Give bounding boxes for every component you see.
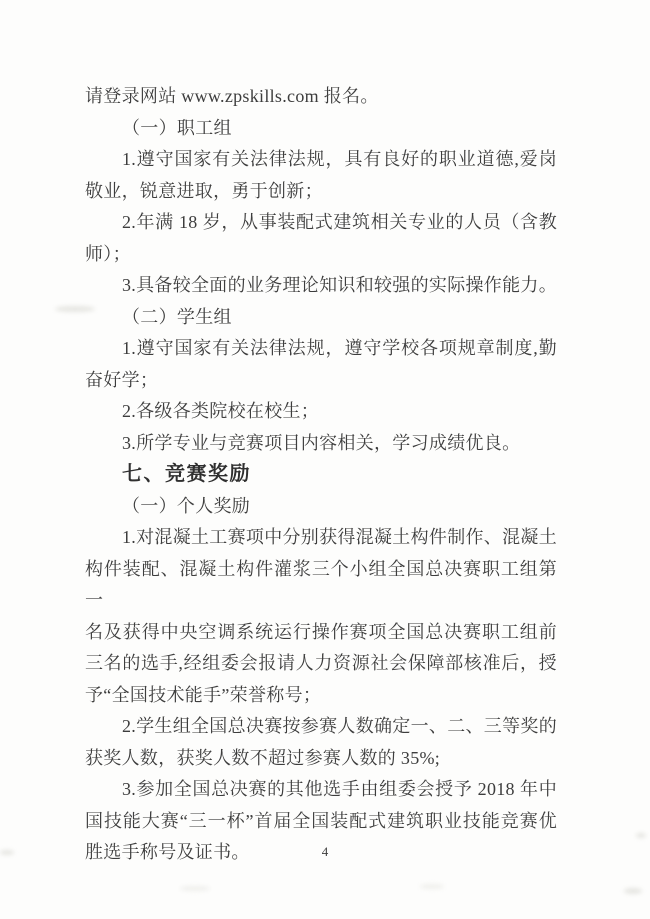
text-line: 2.年满 18 岁，从事装配式建筑相关专业的人员（含教 [85,207,557,239]
text-line: 三名的选手,经组委会报请人力资源社会保障部核准后，授 [85,648,557,680]
text-line: 名及获得中央空调系统运行操作赛项全国总决赛职工组前 [85,617,557,649]
text-line: （一）个人奖励 [85,491,557,523]
text-line: 3.具备较全面的业务理论知识和较强的实际操作能力。 [85,270,557,302]
text-line: 国技能大赛“三一杯”首届全国装配式建筑职业技能竞赛优 [85,806,557,838]
text-line: （一）职工组 [85,113,557,145]
scan-artifact [55,306,95,312]
text-line: 2.各级各类院校在校生； [85,396,557,428]
text-line: 获奖人数，获奖人数不超过参赛人数的 35%; [85,743,557,775]
page-number: 4 [0,844,650,860]
scanned-document-page: 请登录网站 www.zpskills.com 报名。（一）职工组1.遵守国家有关… [0,0,650,919]
text-line: 1.遵守国家有关法律法规，具有良好的职业道德,爱岗 [85,144,557,176]
document-body: 请登录网站 www.zpskills.com 报名。（一）职工组1.遵守国家有关… [85,81,557,869]
scan-artifact [624,888,642,894]
text-line: 师）； [85,239,557,271]
text-line: 奋好学； [85,365,557,397]
text-line: 请登录网站 www.zpskills.com 报名。 [85,81,557,113]
scan-artifact [0,850,14,855]
text-line: 3.参加全国总决赛的其他选手由组委会授予 2018 年中 [85,774,557,806]
scan-artifact [420,884,444,889]
text-line: 敬业，锐意进取，勇于创新； [85,176,557,208]
text-line: 2.学生组全国总决赛按参赛人数确定一、二、三等奖的 [85,711,557,743]
section-heading: 七、竞赛奖励 [85,459,557,491]
scan-artifact [636,833,646,838]
text-line: 1.对混凝土工赛项中分别获得混凝土构件制作、混凝土 [85,522,557,554]
text-line: 予“全国技术能手”荣誉称号； [85,680,557,712]
text-line: 构件装配、混凝土构件灌浆三个小组全国总决赛职工组第一 [85,554,557,617]
text-line: （二）学生组 [85,302,557,334]
text-line: 3.所学专业与竞赛项目内容相关，学习成绩优良。 [85,428,557,460]
text-line: 1.遵守国家有关法律法规，遵守学校各项规章制度,勤 [85,333,557,365]
scan-artifact [180,886,210,891]
